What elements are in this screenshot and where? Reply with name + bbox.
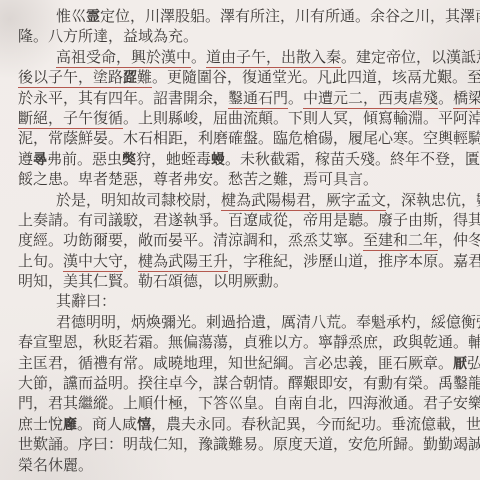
text-line: 君德明明，炳煥彌光。刺過拾遺，厲清八荒。奉魁承杓，綏億衡彊。 <box>18 313 467 333</box>
text-segment: 。 <box>191 50 206 66</box>
rare-glyph: 霊 <box>86 9 100 25</box>
underlined-text: 至建和二年 <box>363 233 438 251</box>
text-line: 遵㝷弗前。惡虫獘狩，虵蛭毒蟃。未秋截霜，稼苗夭殘。終年不登，匱 <box>18 150 467 170</box>
text-segment: ，農夫永同。春秋記異，今而紀功。垂流億載，世 <box>151 417 480 433</box>
rare-glyph: 憘 <box>137 417 151 433</box>
text-segment: 。未秋截霜，稼苗夭殘。終年不登，匱 <box>225 152 480 168</box>
text-segment: 上奏請。有司議駮，君遂執爭。百遼咸從，帝用是聽。廢子由斯，得其 <box>18 213 480 229</box>
text-segment: 於永平，其有四年。詔書開余， <box>18 91 228 107</box>
text-segment: 春宣聖恩，秋貶若霜。無偏蕩蕩，貞雅以方。寧靜烝庶，政與乾通。輔 <box>18 335 480 351</box>
text-line: 隆。八方所達，益域為充。 <box>18 27 467 47</box>
text-segment: 榮名休麗。 <box>18 458 93 474</box>
text-line: 高祖受命，興於漢中。道由子午，出散入秦。建定帝位，以漢詆焉。 <box>18 48 467 68</box>
text-segment: 定位，川澤股躳。澤有所注，川有所通。余谷之川，其澤南 <box>100 9 480 25</box>
text-segment: ，深執忠伉，數 <box>386 193 480 209</box>
text-line: 庶士悅廱。商人咸憘，農夫永同。春秋記異，今而紀功。垂流億載，世 <box>18 415 467 435</box>
underlined-text: 高祖受命，興於漢中 <box>56 50 191 68</box>
text-line: 上奏請。有司議駮，君遂執爭。百遼咸從，帝用是聽。廢子由斯，得其 <box>18 211 467 231</box>
text-segment: 主匡君，循禮有常。咸曉地理，知世紀綱。言必忠義，匪石厥章。 <box>18 356 453 372</box>
text-line: 斷絕，子午復循。上則縣峻，屈曲流顛。下則人冥，傾寫輸淵。平阿淖 <box>18 109 467 129</box>
text-segment: 弘 <box>467 356 480 372</box>
text-segment: 。商人咸 <box>77 417 137 433</box>
underlined-text: 橋梁 <box>453 91 480 109</box>
text-segment: ，字稚紀，涉歷山道，推序本原。嘉君 <box>228 254 480 270</box>
text-segment: 庶士悅 <box>18 417 63 433</box>
underlined-text: 楗為武陽楊君，厥字孟文 <box>221 193 386 211</box>
text-segment: 。 <box>288 91 303 107</box>
underlined-text: 鑿通石門 <box>228 91 288 109</box>
text-line: 門，君其繼縱。上順什極，下答巛皇。自南自北，四海浟通。君子安樂， <box>18 394 467 414</box>
text-segment: 。建定帝位，以漢詆焉。 <box>341 50 480 66</box>
text-line: 世歎誦。序曰：明哉仁知，豫識難易。原度天道，安危所歸。勤勤竭誠， <box>18 435 467 455</box>
underlined-text: 中遭元二，西夷虐殘 <box>303 91 438 109</box>
text-segment: 門，君其繼縱。上順什極，下答巛皇。自南自北，四海浟通。君子安樂， <box>18 396 480 412</box>
text-line: 度經。功飭爾要，敞而晏平。清涼調和，烝烝艾寧。至建和二年，仲冬 <box>18 231 467 251</box>
text-segment: 明知，美其仁賢。勒石頌德，以明厥勳。 <box>18 274 288 290</box>
text-segment: ，仲冬 <box>438 233 480 249</box>
text-segment: 度經。功飭爾要，敞而晏平。清涼調和，烝烝艾寧。 <box>18 233 363 249</box>
text-segment: 。更隨圍谷，復通堂光。凡此四道，垓鬲尤艱。至 <box>152 70 480 86</box>
underlined-text: 歰 <box>123 70 137 88</box>
text-line: 榮名休麗。 <box>18 456 467 476</box>
underlined-text: 楗為武陽王升 <box>138 254 228 272</box>
text-line: 泥，常蔭鮮晏。木石相距，利磨確盤。臨危槍碭，履尾心寒。空輿輕騎， <box>18 129 467 149</box>
text-line: 明知，美其仁賢。勒石頌德，以明厥勳。 <box>18 272 467 292</box>
underlined-text: 斷絕，子午復循 <box>18 111 123 129</box>
text-segment: 君德明明，炳煥彌光。刺過拾遺，厲清八荒。奉魁承杓，綏億衡彊。 <box>56 315 480 331</box>
underlined-text: 後以子午，塗路 <box>18 70 123 88</box>
text-body: 惟巛霊定位，川澤股躳。澤有所注，川有所通。余谷之川，其澤南隆。八方所達，益域為充… <box>18 7 467 476</box>
text-line: 餒之患。卑者楚惡，尊者弗安。愁苦之難，焉可具言。 <box>18 170 467 190</box>
text-segment: 惟巛 <box>56 9 86 25</box>
text-segment: 弗前。惡虫 <box>47 152 122 168</box>
underlined-text: 漢中大守 <box>63 254 123 272</box>
text-line: 上旬。漢中大守，楗為武陽王升，字稚紀，涉歷山道，推序本原。嘉君 <box>18 252 467 272</box>
text-segment: 隆。八方所達，益域為充。 <box>18 29 198 45</box>
text-segment: 上旬。 <box>18 254 63 270</box>
rare-glyph: 㝷 <box>33 152 47 168</box>
document-page: 惟巛霊定位，川澤股躳。澤有所注，川有所通。余谷之川，其澤南隆。八方所達，益域為充… <box>0 0 480 480</box>
rare-glyph: 蟃 <box>211 152 225 168</box>
rare-glyph: 廱 <box>63 417 77 433</box>
text-segment: 大節，讜而益明。揆往卓今，謀合朝情。醳艱即安，有勳有榮。禹鑿龍 <box>18 376 480 392</box>
text-line: 於永平，其有四年。詔書開余，鑿通石門。中遭元二，西夷虐殘。橋梁 <box>18 89 467 109</box>
text-segment: 遵 <box>18 152 33 168</box>
text-line: 惟巛霊定位，川澤股躳。澤有所注，川有所通。余谷之川，其澤南 <box>18 7 467 27</box>
underlined-text: 道由子午，出散入秦 <box>206 50 341 68</box>
text-segment: 餒之患。卑者楚惡，尊者弗安。愁苦之難，焉可具言。 <box>18 172 378 188</box>
text-segment: ， <box>123 254 138 270</box>
underlined-text: 難 <box>137 70 152 88</box>
text-line: 其辭曰： <box>18 292 467 312</box>
text-segment: 。上則縣峻，屈曲流顛。下則人冥，傾寫輸淵。平阿淖 <box>123 111 480 127</box>
text-line: 主匡君，循禮有常。咸曉地理，知世紀綱。言必忠義，匪石厥章。厭弘 <box>18 354 467 374</box>
rare-glyph: 獘 <box>122 152 136 168</box>
text-line: 春宣聖恩，秋貶若霜。無偏蕩蕩，貞雅以方。寧靜烝庶，政與乾通。輔 <box>18 333 467 353</box>
text-segment: 泥，常蔭鮮晏。木石相距，利磨確盤。臨危槍碭，履尾心寒。空輿輕騎， <box>18 131 480 147</box>
text-segment: 。 <box>438 91 453 107</box>
text-line: 於是，明知故司隸校尉，楗為武陽楊君，厥字孟文，深執忠伉，數 <box>18 191 467 211</box>
text-line: 大節，讜而益明。揆往卓今，謀合朝情。醳艱即安，有勳有榮。禹鑿龍 <box>18 374 467 394</box>
rare-glyph: 厭 <box>453 356 467 372</box>
text-line: 後以子午，塗路歰難。更隨圍谷，復通堂光。凡此四道，垓鬲尤艱。至 <box>18 68 467 88</box>
text-segment: 其辭曰： <box>56 294 116 310</box>
text-segment: 世歎誦。序曰：明哉仁知，豫識難易。原度天道，安危所歸。勤勤竭誠， <box>18 437 480 453</box>
text-segment: 於是，明知故司隸校尉， <box>56 193 221 209</box>
text-segment: 狩，虵蛭毒 <box>136 152 211 168</box>
